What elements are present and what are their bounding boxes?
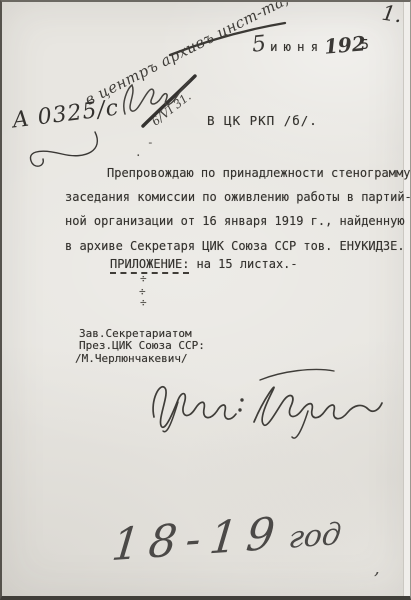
main-signature-word1-descender: [163, 402, 178, 432]
body-paragraph: Препровождаю по принадлежности стенограм…: [65, 161, 411, 258]
body-line: Препровождаю по принадлежности стенограм…: [65, 161, 411, 185]
signature-colon-dot: [240, 398, 243, 401]
pencil-comma: ,: [374, 558, 380, 579]
main-signature-overline: [260, 369, 334, 380]
typewriter-mark: -: [147, 136, 154, 149]
main-signature-word2: [254, 387, 382, 425]
register-number: А 0325/с: [11, 96, 121, 134]
handwriting-ink-layer: [2, 2, 411, 600]
main-signature-word1: [153, 387, 236, 427]
paper-edge: [403, 2, 411, 600]
main-signature-word2-descender: [292, 411, 308, 438]
date-day: 5: [251, 31, 268, 57]
attachment-label: ПРИЛОЖЕНИЕ:: [110, 257, 189, 274]
page-number: 1.: [380, 1, 404, 28]
signature-block: Зав.Секретариатом През.ЦИК Союза ССР: /М…: [75, 328, 205, 365]
bottom-note-word: год: [287, 517, 343, 556]
addressee-heading: В ЦК РКП /б/.: [207, 113, 318, 128]
signature-colon-dot: [238, 408, 241, 411]
date-year-typed: 5: [361, 38, 369, 53]
typewriter-mark: ÷: [140, 296, 147, 309]
archive-note-date: 6/VI 31.: [149, 89, 194, 128]
date-month: июня: [270, 39, 324, 54]
body-line: заседания комиссии по оживлению работы в…: [65, 185, 411, 209]
bottom-pencil-note: 18-19год: [109, 504, 344, 572]
attachment-value: на 15 листах.-: [196, 257, 297, 271]
signature-name-line: /М.Черлюнчакевич/: [75, 353, 205, 365]
attachment-line: ПРИЛОЖЕНИЕ:на 15 листах.-: [110, 257, 298, 271]
body-line: ной организации от 16 января 1919 г., на…: [65, 209, 411, 233]
body-line: в архиве Секретаря ЦИК Союза ССР тов. ЕН…: [65, 234, 411, 258]
bottom-note-digits: 18-19: [109, 508, 286, 571]
scanned-document-page: 1. в центръ архивъ инст-та, 6/VI 31. 5 и…: [0, 0, 411, 600]
signature-title-line: През.ЦИК Союза ССР:: [75, 340, 205, 352]
